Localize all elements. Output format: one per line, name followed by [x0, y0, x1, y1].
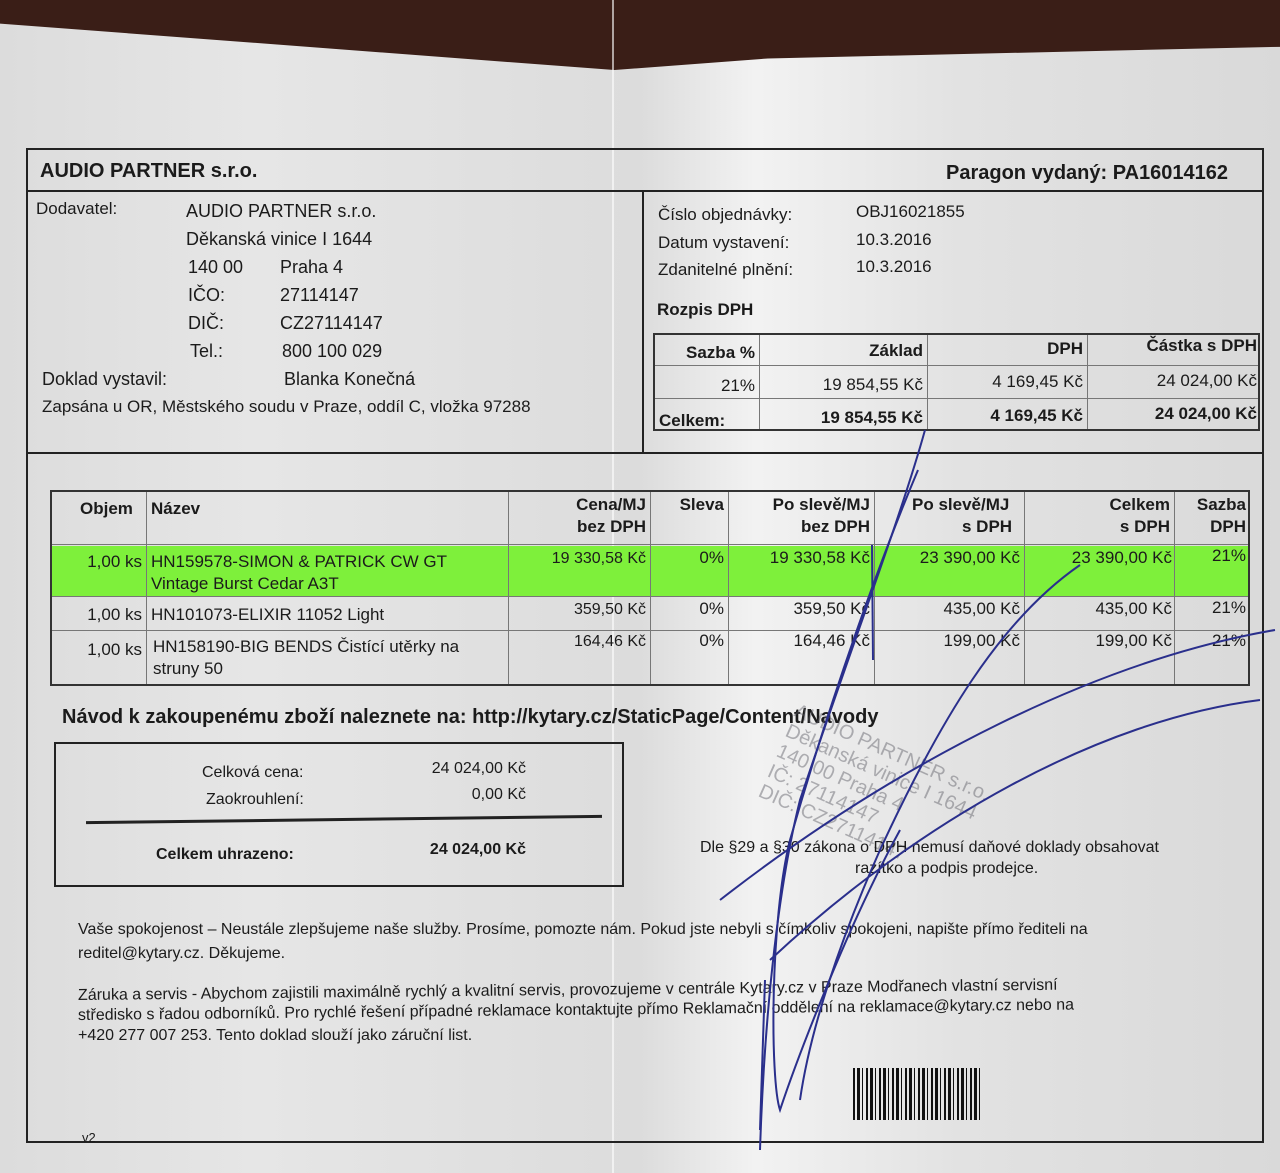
item-price: 359,50 Kč — [510, 599, 646, 621]
issue-date-label: Datum vystavení: — [658, 233, 789, 253]
ico-label: IČO: — [188, 285, 225, 306]
paid-value: 24 024,00 Kč — [356, 841, 526, 859]
item-qty: 1,00 ks — [52, 551, 142, 573]
col-header-price: Cena/MJbez DPH — [510, 494, 646, 538]
item-name: HN101073-ELIXIR 11052 Light — [151, 604, 384, 626]
warranty-line3: +420 277 007 253. Tento doklad slouží ja… — [78, 1027, 472, 1045]
col-header-name: Název — [151, 498, 200, 520]
item-after-discount: 164,46 Kč — [730, 630, 870, 652]
company-title: AUDIO PARTNER s.r.o. — [40, 160, 257, 183]
vat-total-label: Celkem: — [659, 411, 725, 431]
items-table: Objem Název Cena/MJbez DPH Sleva Po slev… — [50, 490, 1250, 686]
vat-header-base: Základ — [761, 341, 923, 361]
col-header-after-discount: Po slevě/MJbez DPH — [730, 494, 870, 538]
item-price: 164,46 Kč — [510, 631, 646, 653]
version-label: v2 — [82, 1130, 96, 1145]
vat-row-vat: 4 169,45 Kč — [929, 372, 1083, 392]
col-header-after-discount-vat: Po slevě/MJs DPH — [912, 494, 1012, 538]
tax-date: 10.3.2016 — [856, 257, 932, 277]
item-after-discount-vat: 435,00 Kč — [876, 598, 1020, 620]
order-number: OBJ16021855 — [856, 202, 965, 222]
manual-link-text[interactable]: Návod k zakoupenému zboží naleznete na: … — [62, 706, 878, 729]
vat-table: Sazba % Základ DPH Částka s DPH 21% 19 8… — [653, 333, 1260, 431]
issued-by-label: Doklad vystavil: — [42, 369, 167, 390]
legal-note-line1: Dle §29 a §30 zákona o DPH nemusí daňové… — [700, 839, 1159, 857]
barcode — [853, 1068, 983, 1120]
item-name: HN158190-BIG BENDS Čistící utěrky nastru… — [153, 636, 459, 680]
vat-row-base: 19 854,55 Kč — [761, 375, 923, 395]
dic-label: DIČ: — [188, 313, 224, 334]
supplier-city: Praha 4 — [280, 257, 343, 278]
item-name: HN159578-SIMON & PATRICK CW GTVintage Bu… — [151, 551, 447, 595]
registry-note: Zapsána u OR, Městského soudu v Praze, o… — [42, 397, 531, 417]
vat-header-vat: DPH — [929, 339, 1083, 359]
info-divider — [642, 190, 644, 454]
header-divider — [26, 190, 1264, 192]
vat-header-rate: Sazba % — [655, 343, 755, 363]
rounding-label: Zaokrouhlení: — [206, 791, 304, 809]
col-header-rate: SazbaDPH — [1176, 494, 1246, 538]
vat-total-base: 19 854,55 Kč — [761, 408, 923, 428]
totals-box: Celková cena: 24 024,00 Kč Zaokrouhlení:… — [54, 742, 624, 887]
item-rate: 21% — [1176, 545, 1246, 567]
receipt-id: PA16014162 — [1113, 162, 1228, 184]
supplier-zip: 140 00 — [188, 257, 243, 278]
supplier-label: Dodavatel: — [36, 199, 117, 219]
issue-date: 10.3.2016 — [856, 230, 932, 250]
tel-label: Tel.: — [190, 341, 223, 362]
section-divider — [26, 452, 1264, 454]
issued-by-value: Blanka Konečná — [284, 369, 415, 390]
total-price: 24 024,00 Kč — [356, 760, 526, 778]
ico-value: 27114147 — [280, 285, 359, 306]
col-header-qty: Objem — [80, 498, 133, 520]
tel-value: 800 100 029 — [282, 341, 382, 362]
item-discount: 0% — [652, 630, 724, 652]
item-after-discount: 359,50 Kč — [730, 598, 870, 620]
vat-row-rate: 21% — [655, 376, 755, 396]
paid-label: Celkem uhrazeno: — [156, 846, 294, 864]
item-discount: 0% — [652, 547, 724, 569]
col-header-total: Celkems DPH — [1026, 494, 1170, 538]
receipt-label: Paragon vydaný: — [946, 162, 1107, 184]
legal-note-line2: razítko a podpis prodejce. — [855, 860, 1038, 878]
totals-divider — [86, 815, 602, 824]
rounding-value: 0,00 Kč — [356, 786, 526, 804]
item-after-discount-vat: 199,00 Kč — [876, 630, 1020, 652]
supplier-street: Děkanská vinice I 1644 — [186, 229, 372, 250]
order-number-label: Číslo objednávky: — [658, 205, 792, 225]
receipt-number: Paragon vydaný: PA16014162 — [946, 162, 1228, 185]
item-discount: 0% — [652, 598, 724, 620]
tax-date-label: Zdanitelné plnění: — [658, 260, 793, 280]
item-total: 435,00 Kč — [1026, 598, 1172, 620]
total-price-label: Celková cena: — [202, 764, 303, 782]
col-header-discount: Sleva — [652, 494, 724, 516]
vat-row-gross: 24 024,00 Kč — [1089, 371, 1257, 391]
item-rate: 21% — [1176, 597, 1246, 619]
item-price: 19 330,58 Kč — [510, 548, 646, 570]
item-qty: 1,00 ks — [52, 639, 142, 661]
satisfaction-line2: reditel@kytary.cz. Děkujeme. — [78, 945, 285, 963]
item-total: 23 390,00 Kč — [1026, 547, 1172, 569]
supplier-name: AUDIO PARTNER s.r.o. — [186, 201, 376, 222]
dic-value: CZ27114147 — [280, 313, 383, 334]
item-total: 199,00 Kč — [1026, 630, 1172, 652]
item-qty: 1,00 ks — [52, 604, 142, 626]
satisfaction-line1: Vaše spokojenost – Neustále zlepšujeme n… — [78, 921, 1088, 939]
vat-total-vat: 4 169,45 Kč — [929, 406, 1083, 426]
item-after-discount-vat: 23 390,00 Kč — [876, 547, 1020, 569]
item-after-discount: 19 330,58 Kč — [730, 547, 870, 569]
vat-breakdown-title: Rozpis DPH — [657, 300, 753, 320]
item-rate: 21% — [1176, 630, 1246, 652]
vat-total-gross: 24 024,00 Kč — [1089, 404, 1257, 424]
vat-header-gross: Částka s DPH — [1089, 336, 1257, 356]
